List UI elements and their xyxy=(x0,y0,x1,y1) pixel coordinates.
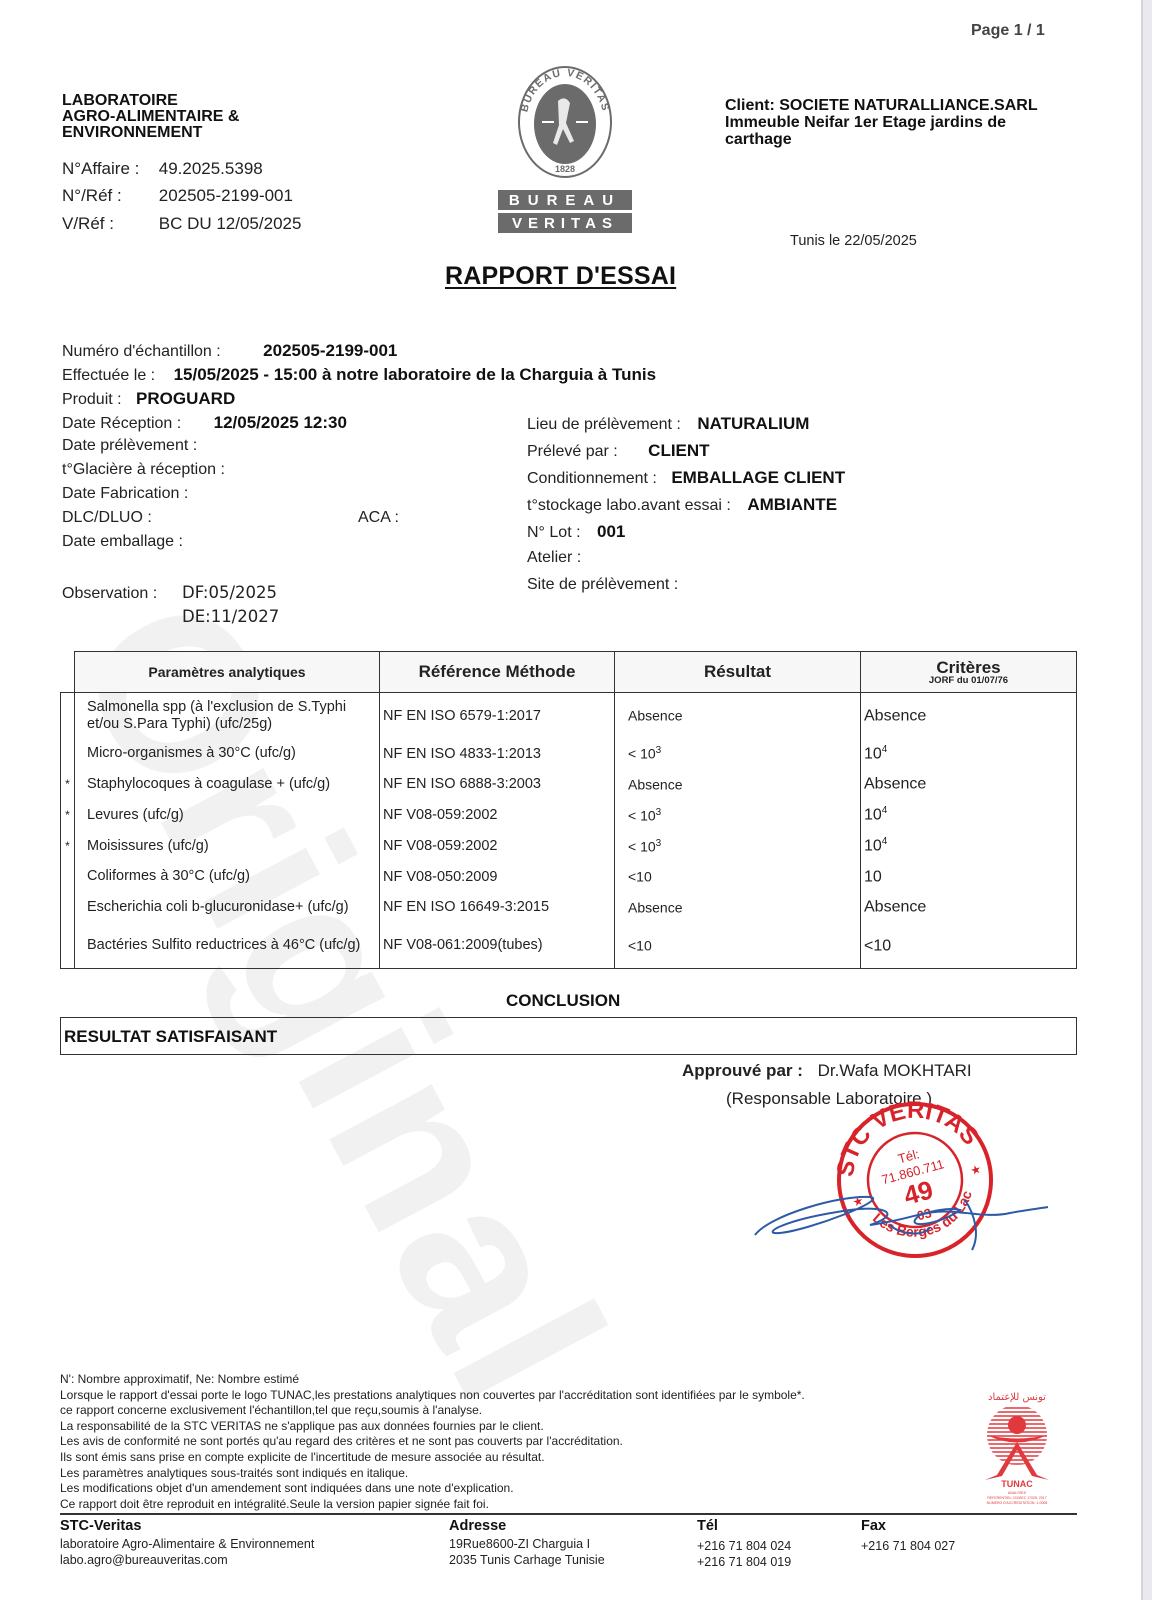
footer-tel: Tél +216 71 804 024 +216 71 804 019 xyxy=(697,1516,791,1570)
note-line: Les paramètres analytiques sous-traités … xyxy=(60,1466,805,1482)
footer-fax-title: Fax xyxy=(861,1516,955,1536)
result-cell: < 103 xyxy=(615,831,861,862)
ref-label: N°/Réf : xyxy=(62,186,154,206)
criteria-cell-text: 10 xyxy=(864,807,882,824)
approval-label: Approuvé par : xyxy=(682,1061,803,1080)
method-cell: NF EN ISO 6888-3:2003 xyxy=(380,769,615,800)
footer-address-line: 2035 Tunis Carhage Tunisie xyxy=(449,1552,605,1568)
vref-label: V/Réf : xyxy=(62,214,154,234)
conclusion-box: RESULTAT SATISFAISANT xyxy=(60,1017,1077,1055)
result-cell-exponent: 3 xyxy=(656,838,662,849)
result-cell-exponent: 3 xyxy=(656,745,662,756)
param-cell-text: Bactéries Sulfito reductrices à 46°C (uf… xyxy=(87,937,360,953)
star-header xyxy=(61,652,75,693)
footer-tel-title: Tél xyxy=(697,1516,791,1536)
criteria-cell: Absence xyxy=(861,769,1077,800)
note-line: Lorsque le rapport d'essai porte le logo… xyxy=(60,1388,805,1404)
observation-line: DE:11/2027 xyxy=(182,607,279,626)
footer-divider xyxy=(60,1513,1077,1515)
affaire-row: N°Affaire : 49.2025.5398 xyxy=(62,159,263,179)
param-cell-text: Staphylocoques à coagulase + (ufc/g) xyxy=(87,776,330,792)
storage-temp-label: t°stockage labo.avant essai : xyxy=(527,497,731,514)
criteria-header: Critères JORF du 01/07/76 xyxy=(861,652,1077,693)
non-accredited-marker-text: * xyxy=(65,808,70,822)
observation-label: Observation : xyxy=(62,585,157,603)
reception-row: Date Réception : 12/05/2025 12:30 xyxy=(62,413,347,433)
non-accredited-marker xyxy=(61,892,75,923)
method-cell-text: NF V08-059:2002 xyxy=(383,807,497,823)
sampling-site-label: Site de prélèvement : xyxy=(527,576,678,594)
criteria-cell-text: <10 xyxy=(864,937,891,954)
non-accredited-marker: * xyxy=(61,800,75,831)
lab-name-line: AGRO-ALIMENTAIRE & xyxy=(62,109,239,125)
criteria-cell-text: Absence xyxy=(864,899,926,916)
param-cell-text: Salmonella spp (à l'exclusion de S.Typhi… xyxy=(87,699,346,732)
performed-label: Effectuée le : xyxy=(62,367,155,384)
vref-row: V/Réf : BC DU 12/05/2025 xyxy=(62,214,301,234)
footer-company-title: STC-Veritas xyxy=(60,1516,314,1536)
param-cell: Salmonella spp (à l'exclusion de S.Typhi… xyxy=(75,693,380,739)
param-cell: Staphylocoques à coagulase + (ufc/g) xyxy=(75,769,380,800)
result-cell-exponent: 3 xyxy=(656,807,662,818)
notes-block: N': Nombre approximatif, Ne: Nombre esti… xyxy=(60,1372,805,1512)
table-header-row: Paramètres analytiques Référence Méthode… xyxy=(61,652,1077,693)
cooler-temp-label: t°Glacière à réception : xyxy=(62,461,225,479)
result-cell: Absence xyxy=(615,693,861,739)
result-cell-text: Absence xyxy=(628,708,682,724)
method-cell: NF EN ISO 6579-1:2017 xyxy=(380,693,615,739)
non-accredited-marker-text: * xyxy=(65,839,70,853)
storage-temp-value: AMBIANTE xyxy=(747,495,837,514)
footer-email: labo.agro@bureauveritas.com xyxy=(60,1552,314,1568)
result-cell-text: Absence xyxy=(628,899,682,915)
table-row: *Levures (ufc/g)NF V08-059:2002< 103104 xyxy=(61,800,1077,831)
result-cell: <10 xyxy=(615,862,861,892)
criteria-cell: 104 xyxy=(861,800,1077,831)
table-row: *Moisissures (ufc/g)NF V08-059:2002< 103… xyxy=(61,831,1077,862)
affaire-value: 49.2025.5398 xyxy=(159,159,263,178)
sample-number-row: Numéro d'échantillon : 202505-2199-001 xyxy=(62,341,397,361)
lab-name-line: LABORATOIRE xyxy=(62,93,239,109)
svg-text:NUMERO D'ACCREDITATION: 1-0008: NUMERO D'ACCREDITATION: 1-0008 xyxy=(987,1501,1048,1505)
criteria-cell-exponent: 4 xyxy=(882,836,888,847)
note-line: ce rapport concerne exclusivement l'écha… xyxy=(60,1403,805,1419)
sampled-by-value: CLIENT xyxy=(648,441,709,460)
table-row: Salmonella spp (à l'exclusion de S.Typhi… xyxy=(61,693,1077,739)
lab-name: LABORATOIRE AGRO-ALIMENTAIRE & ENVIRONNE… xyxy=(62,93,239,141)
param-cell: Moisissures (ufc/g) xyxy=(75,831,380,862)
svg-text:ANALYSES: ANALYSES xyxy=(1008,1491,1027,1495)
svg-text:REFERENTIEL: ISO/IEC 17025: 20: REFERENTIEL: ISO/IEC 17025: 2017 xyxy=(987,1496,1046,1500)
method-cell-text: NF EN ISO 6888-3:2003 xyxy=(383,776,541,792)
vref-value: BC DU 12/05/2025 xyxy=(159,214,302,233)
sampled-by-label: Prélevé par : xyxy=(527,443,618,460)
sample-number-label: Numéro d'échantillon : xyxy=(62,343,221,360)
footer-fax: Fax +216 71 804 027 xyxy=(861,1516,955,1554)
criteria-cell: Absence xyxy=(861,693,1077,739)
product-value: PROGUARD xyxy=(136,389,235,408)
criteria-cell-exponent: 4 xyxy=(882,805,888,816)
client-name: Client: SOCIETE NATURALLIANCE.SARL xyxy=(725,97,1038,114)
footer-company-line: laboratoire Agro-Alimentaire & Environne… xyxy=(60,1536,314,1552)
criteria-cell-text: 10 xyxy=(864,745,882,762)
svg-text:تونس للإعتماد: تونس للإعتماد xyxy=(988,1392,1046,1403)
lab-name-line: ENVIRONNEMENT xyxy=(62,125,239,141)
result-cell: <10 xyxy=(615,923,861,969)
param-cell-text: Coliformes à 30°C (ufc/g) xyxy=(87,868,250,884)
criteria-cell: 104 xyxy=(861,831,1077,862)
table-row: Micro-organismes à 30°C (ufc/g)NF EN ISO… xyxy=(61,739,1077,769)
sample-number-value: 202505-2199-001 xyxy=(263,341,397,360)
approval-row: Approuvé par : Dr.Wafa MOKHTARI xyxy=(682,1061,972,1081)
note-line: Ce rapport doit être reproduit en intégr… xyxy=(60,1497,805,1513)
criteria-cell: 104 xyxy=(861,739,1077,769)
workshop-label: Atelier : xyxy=(527,549,581,567)
note-line: La responsabilité de la STC VERITAS ne s… xyxy=(60,1419,805,1435)
footer-fax-line: +216 71 804 027 xyxy=(861,1538,955,1554)
non-accredited-marker xyxy=(61,923,75,969)
client-address-line: carthage xyxy=(725,131,1038,148)
client-address-line: Immeuble Neifar 1er Etage jardins de xyxy=(725,114,1038,131)
sampling-date-label: Date prélèvement : xyxy=(62,437,197,455)
method-cell-text: NF EN ISO 4833-1:2013 xyxy=(383,746,541,762)
affaire-label: N°Affaire : xyxy=(62,159,154,179)
result-cell: < 103 xyxy=(615,800,861,831)
packaging-label: Conditionnement : xyxy=(527,470,657,487)
svg-text:VERITAS: VERITAS xyxy=(512,215,618,232)
method-cell: NF V08-059:2002 xyxy=(380,800,615,831)
method-cell-text: NF EN ISO 6579-1:2017 xyxy=(383,708,541,724)
result-header: Résultat xyxy=(615,652,861,693)
lot-label: N° Lot : xyxy=(527,524,581,541)
packaging-value: EMBALLAGE CLIENT xyxy=(671,468,845,487)
non-accredited-marker: * xyxy=(61,769,75,800)
non-accredited-marker xyxy=(61,862,75,892)
method-cell-text: NF V08-050:2009 xyxy=(383,869,497,885)
note-line: Les avis de conformité ne sont portés qu… xyxy=(60,1434,805,1450)
criteria-cell-text: 10 xyxy=(864,838,882,855)
manufacture-date-label: Date Fabrication : xyxy=(62,485,188,503)
method-cell: NF EN ISO 16649-3:2015 xyxy=(380,892,615,923)
conclusion-text: RESULTAT SATISFAISANT xyxy=(64,1027,277,1047)
sampling-place-value: NATURALIUM xyxy=(697,414,809,433)
param-cell: Bactéries Sulfito reductrices à 46°C (uf… xyxy=(75,923,380,969)
bureau-veritas-logo: BUREAU VERITAS 1828 BUREAU VERITAS xyxy=(498,66,632,236)
result-cell: Absence xyxy=(615,769,861,800)
product-label: Produit : xyxy=(62,391,122,408)
footer-tel-line: +216 71 804 024 xyxy=(697,1538,791,1554)
report-title: RAPPORT D'ESSAI xyxy=(445,262,676,291)
table-row: Escherichia coli b-glucuronidase+ (ufc/g… xyxy=(61,892,1077,923)
result-cell-text: < 10 xyxy=(628,746,656,762)
sampled-by-row: Prélevé par : CLIENT xyxy=(527,441,710,461)
storage-temp-row: t°stockage labo.avant essai : AMBIANTE xyxy=(527,495,837,515)
criteria-cell: Absence xyxy=(861,892,1077,923)
criteria-cell-text: Absence xyxy=(864,776,926,793)
report-page: Page 1 / 1 LABORATOIRE AGRO-ALIMENTAIRE … xyxy=(0,0,1143,1600)
ref-row: N°/Réf : 202505-2199-001 xyxy=(62,186,293,206)
sampling-place-label: Lieu de prélèvement : xyxy=(527,416,681,433)
result-cell-text: < 10 xyxy=(628,838,656,854)
reception-label: Date Réception : xyxy=(62,415,181,432)
lot-value: 001 xyxy=(597,522,625,541)
method-header: Référence Méthode xyxy=(380,652,615,693)
param-cell-text: Moisissures (ufc/g) xyxy=(87,838,209,854)
table-row: Coliformes à 30°C (ufc/g)NF V08-050:2009… xyxy=(61,862,1077,892)
observation-line: DF:05/2025 xyxy=(182,583,277,602)
method-cell: NF EN ISO 4833-1:2013 xyxy=(380,739,615,769)
ref-value: 202505-2199-001 xyxy=(159,186,293,205)
note-line: N': Nombre approximatif, Ne: Nombre esti… xyxy=(60,1372,805,1388)
note-line: Ils sont émis sans prise en compte expli… xyxy=(60,1450,805,1466)
param-header: Paramètres analytiques xyxy=(75,652,380,693)
dlc-label: DLC/DLUO : xyxy=(62,509,152,527)
criteria-cell: 10 xyxy=(861,862,1077,892)
performed-row: Effectuée le : 15/05/2025 - 15:00 à notr… xyxy=(62,365,656,385)
result-cell-text: <10 xyxy=(628,869,652,885)
non-accredited-marker xyxy=(61,739,75,769)
method-cell: NF V08-061:2009(tubes) xyxy=(380,923,615,969)
table-row: Bactéries Sulfito reductrices à 46°C (uf… xyxy=(61,923,1077,969)
results-table: Paramètres analytiques Référence Méthode… xyxy=(60,651,1077,969)
conclusion-title: CONCLUSION xyxy=(506,991,620,1011)
table-row: *Staphylocoques à coagulase + (ufc/g)NF … xyxy=(61,769,1077,800)
result-cell-text: <10 xyxy=(628,938,652,954)
criteria-cell: <10 xyxy=(861,923,1077,969)
reception-value: 12/05/2025 12:30 xyxy=(214,413,347,432)
param-cell: Micro-organismes à 30°C (ufc/g) xyxy=(75,739,380,769)
tunac-logo: تونس للإعتماد TUNAC ANALYSES REFERENTIEL… xyxy=(967,1380,1067,1505)
footer-address-line: 19Rue8600-ZI Charguia I xyxy=(449,1536,605,1552)
result-cell: Absence xyxy=(615,892,861,923)
report-date: Tunis le 22/05/2025 xyxy=(790,233,917,249)
footer-address: Adresse 19Rue8600-ZI Charguia I 2035 Tun… xyxy=(449,1516,605,1568)
footer-tel-line: +216 71 804 019 xyxy=(697,1554,791,1570)
performed-value: 15/05/2025 - 15:00 à notre laboratoire d… xyxy=(174,365,656,384)
criteria-cell-text: 10 xyxy=(864,868,882,885)
packaging-row: Conditionnement : EMBALLAGE CLIENT xyxy=(527,468,845,488)
param-cell-text: Micro-organismes à 30°C (ufc/g) xyxy=(87,745,296,761)
aca-label: ACA : xyxy=(358,509,399,527)
param-cell: Levures (ufc/g) xyxy=(75,800,380,831)
method-cell-text: NF EN ISO 16649-3:2015 xyxy=(383,899,549,915)
approver-name: Dr.Wafa MOKHTARI xyxy=(818,1061,972,1080)
method-cell-text: NF V08-061:2009(tubes) xyxy=(383,937,543,953)
non-accredited-marker xyxy=(61,693,75,739)
page-number: Page 1 / 1 xyxy=(971,22,1045,40)
sampling-place-row: Lieu de prélèvement : NATURALIUM xyxy=(527,414,809,434)
criteria-header-title: Critères xyxy=(861,659,1076,676)
result-cell-text: < 10 xyxy=(628,807,656,823)
criteria-header-sub: JORF du 01/07/76 xyxy=(861,676,1076,686)
non-accredited-marker-text: * xyxy=(65,777,70,791)
footer-address-title: Adresse xyxy=(449,1516,605,1536)
svg-text:BUREAU: BUREAU xyxy=(509,192,621,209)
result-cell-text: Absence xyxy=(628,776,682,792)
method-cell: NF V08-050:2009 xyxy=(380,862,615,892)
param-cell: Coliformes à 30°C (ufc/g) xyxy=(75,862,380,892)
param-cell-text: Levures (ufc/g) xyxy=(87,807,184,823)
signature xyxy=(750,1175,1050,1255)
result-cell: < 103 xyxy=(615,739,861,769)
client-block: Client: SOCIETE NATURALLIANCE.SARL Immeu… xyxy=(725,97,1038,148)
criteria-cell-text: Absence xyxy=(864,707,926,724)
param-cell: Escherichia coli b-glucuronidase+ (ufc/g… xyxy=(75,892,380,923)
svg-text:TUNAC: TUNAC xyxy=(1001,1479,1033,1489)
packaging-date-label: Date emballage : xyxy=(62,533,183,551)
lot-row: N° Lot : 001 xyxy=(527,522,625,542)
criteria-cell-exponent: 4 xyxy=(882,744,888,755)
method-cell: NF V08-059:2002 xyxy=(380,831,615,862)
param-cell-text: Escherichia coli b-glucuronidase+ (ufc/g… xyxy=(87,899,349,915)
footer-company: STC-Veritas laboratoire Agro-Alimentaire… xyxy=(60,1516,314,1568)
svg-text:1828: 1828 xyxy=(555,164,575,174)
method-cell-text: NF V08-059:2002 xyxy=(383,838,497,854)
product-row: Produit : PROGUARD xyxy=(62,389,235,409)
non-accredited-marker: * xyxy=(61,831,75,862)
note-line: Les modifications objet d'un amendement … xyxy=(60,1481,805,1497)
